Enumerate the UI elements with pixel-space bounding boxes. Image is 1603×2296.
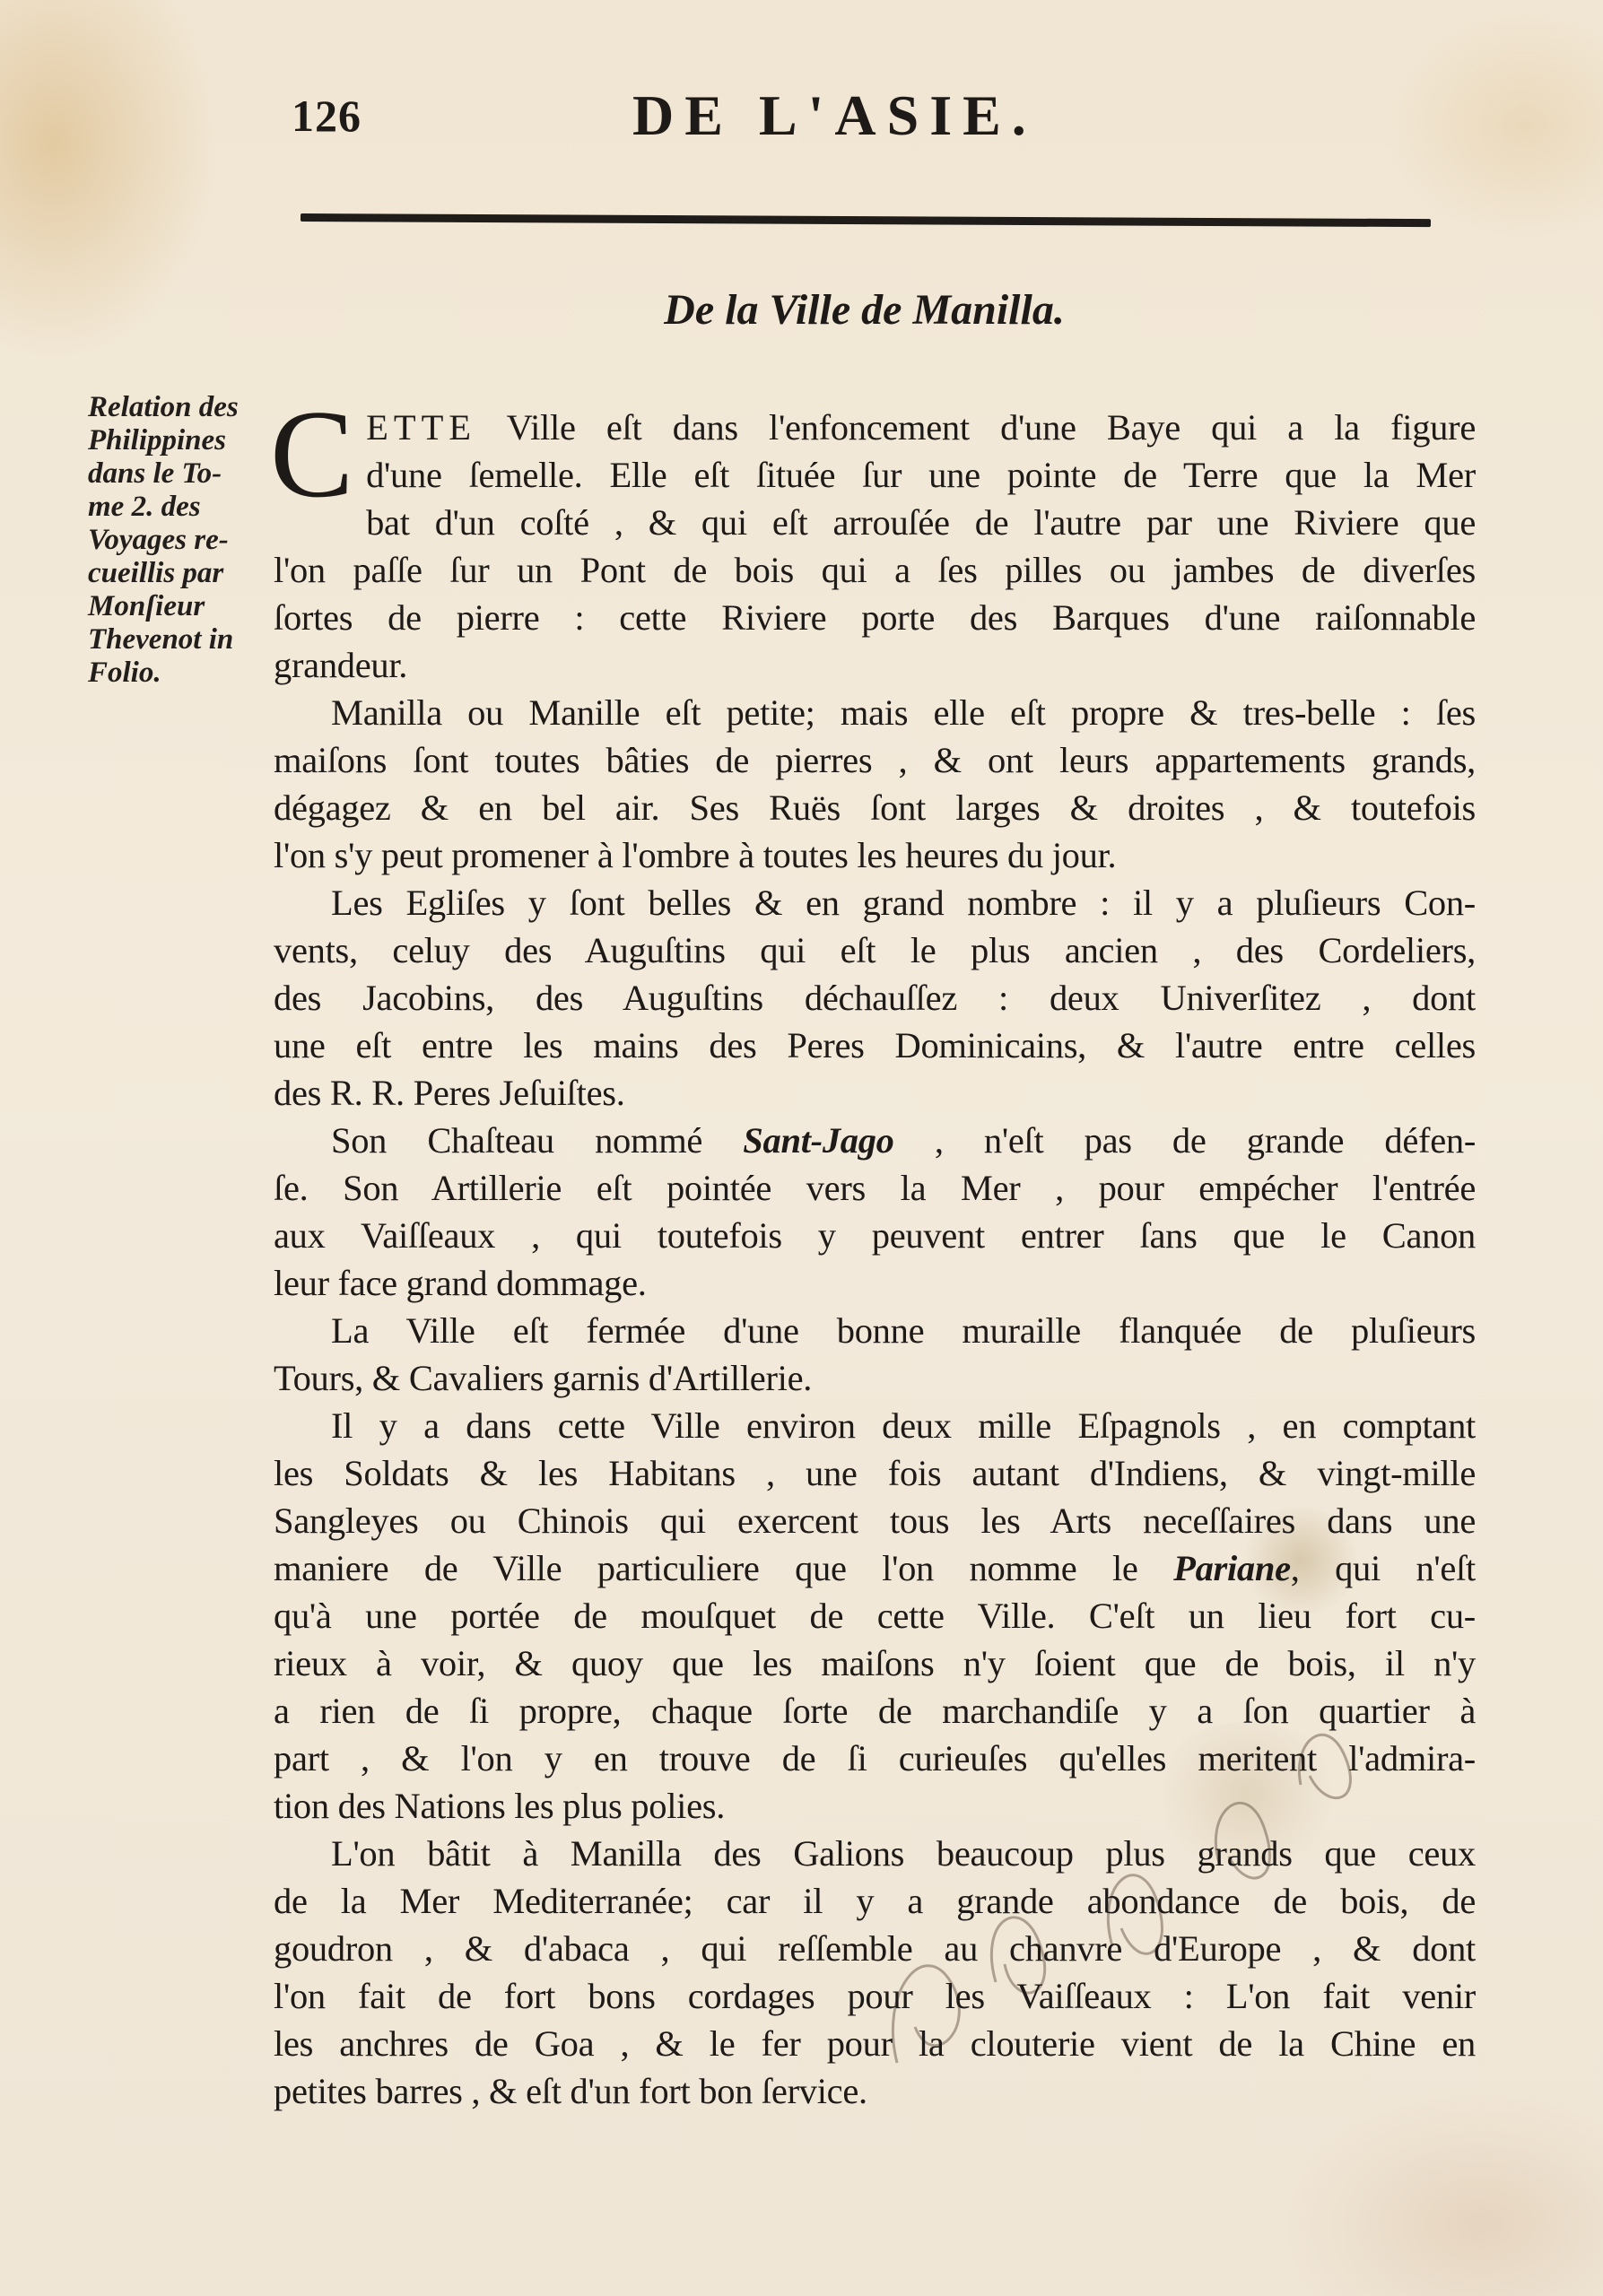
header-rule: [301, 213, 1431, 227]
text-line: maiſons ſont toutes bâties de pierres , …: [274, 736, 1476, 784]
running-title: DE L'ASIE.: [632, 83, 1037, 149]
paragraph: La Ville eſt fermée d'une bonne muraille…: [274, 1307, 1476, 1402]
text-line: des Jacobins, des Auguſtins déchauſſez :…: [274, 974, 1476, 1022]
body-text: C ETTE Ville eſt dans l'enfoncement d'un…: [274, 404, 1476, 2115]
text-line: l'on fait de fort bons cordages pour les…: [274, 1972, 1476, 2020]
text-line: Tours, & Cavaliers garnis d'Artillerie.: [274, 1354, 1476, 1402]
paragraph: Les Egliſes y ſont belles & en grand nom…: [274, 879, 1476, 1117]
book-page: 126 DE L'ASIE. De la Ville de Manilla. R…: [0, 0, 1603, 2296]
text-line: part , & l'on y en trouve de ſi curieuſe…: [274, 1735, 1476, 1782]
text-segment: , n'eſt pas de grande défen-: [894, 1120, 1476, 1161]
text-line: l'on paſſe ſur un Pont de bois qui a ſes…: [274, 546, 1476, 594]
drop-cap: C: [270, 405, 353, 504]
text-line: a rien de ſi propre, chaque ſorte de mar…: [274, 1687, 1476, 1735]
text-line: aux Vaiſſeaux , qui toutefois y peuvent …: [274, 1212, 1476, 1259]
text-line: La Ville eſt fermée d'une bonne muraille…: [274, 1307, 1476, 1354]
text-line: d'une ſemelle. Elle eſt ſituée ſur une p…: [274, 451, 1476, 499]
page-number: 126: [292, 90, 362, 142]
margin-note-line: Relation des: [88, 391, 267, 424]
text-line: Les Egliſes y ſont belles & en grand nom…: [274, 879, 1476, 926]
text-segment: maniere de Ville particuliere que l'on n…: [274, 1548, 1173, 1588]
place-name-italic: Sant-Jago: [743, 1120, 893, 1161]
text-line: grandeur.: [274, 641, 1476, 689]
paragraph: Il y a dans cette Ville environ deux mil…: [274, 1402, 1476, 1830]
text-line: des R. R. Peres Jeſuiſtes.: [274, 1069, 1476, 1117]
text-line: tion des Nations les plus polies.: [274, 1782, 1476, 1830]
text-line: leur face grand dommage.: [274, 1259, 1476, 1307]
paragraph: L'on bâtit à Manilla des Galions beaucou…: [274, 1830, 1476, 2115]
margin-note-line: Folio.: [88, 657, 267, 690]
first-word-smallcaps: ETTE: [366, 407, 476, 448]
margin-note-line: cueillis par: [88, 557, 267, 590]
paragraph: Son Chaſteau nommé Sant-Jago , n'eſt pas…: [274, 1117, 1476, 1307]
text-line: qu'à une portée de mouſquet de cette Vil…: [274, 1592, 1476, 1639]
text-line: une eſt entre les mains des Peres Domini…: [274, 1022, 1476, 1069]
text-line: L'on bâtit à Manilla des Galions beaucou…: [274, 1830, 1476, 1877]
text-line: Ville eſt dans l'enfoncement d'une Baye …: [476, 407, 1476, 448]
margin-note-line: Voyages re-: [88, 524, 267, 557]
page-header: 126 DE L'ASIE.: [292, 83, 1440, 154]
text-line: vents, celuy des Auguſtins qui eſt le pl…: [274, 926, 1476, 974]
text-line: dégagez & en bel air. Ses Ruës ſont larg…: [274, 784, 1476, 831]
margin-note-line: Thevenot in: [88, 623, 267, 657]
text-line: ſe. Son Artillerie eſt pointée vers la M…: [274, 1164, 1476, 1212]
margin-note-line: Monſieur: [88, 590, 267, 623]
text-line: Manilla ou Manille eſt petite; mais elle…: [274, 689, 1476, 736]
margin-note-line: dans le To-: [88, 457, 267, 491]
text-line: l'on s'y peut promener à l'ombre à toute…: [274, 831, 1476, 879]
text-line: rieux à voir, & quoy que les maiſons n'y…: [274, 1639, 1476, 1687]
text-line: les Soldats & les Habitans , une fois au…: [274, 1449, 1476, 1497]
text-line: ſortes de pierre : cette Riviere porte d…: [274, 594, 1476, 641]
text-segment: , qui n'eſt: [1291, 1548, 1476, 1588]
place-name-italic: Pariane: [1173, 1548, 1291, 1588]
text-line: goudron , & d'abaca , qui reſſemble au c…: [274, 1925, 1476, 1972]
margin-note: Relation des Philippines dans le To- me …: [88, 391, 267, 690]
margin-note-line: me 2. des: [88, 491, 267, 524]
margin-note-line: Philippines: [88, 424, 267, 457]
text-line: les anchres de Goa , & le fer pour la cl…: [274, 2020, 1476, 2067]
text-line: de la Mer Mediterranée; car il y a grand…: [274, 1877, 1476, 1925]
text-line: Sangleyes ou Chinois qui exercent tous l…: [274, 1497, 1476, 1544]
text-line: petites barres , & eſt d'un fort bon ſer…: [274, 2067, 1476, 2115]
section-title: De la Ville de Manilla.: [0, 285, 1603, 335]
text-segment: Son Chaſteau nommé: [331, 1120, 743, 1161]
text-line: bat d'un coſté , & qui eſt arrouſée de l…: [274, 499, 1476, 546]
text-line: Il y a dans cette Ville environ deux mil…: [274, 1402, 1476, 1449]
paragraph: C ETTE Ville eſt dans l'enfoncement d'un…: [274, 404, 1476, 689]
paragraph: Manilla ou Manille eſt petite; mais elle…: [274, 689, 1476, 879]
